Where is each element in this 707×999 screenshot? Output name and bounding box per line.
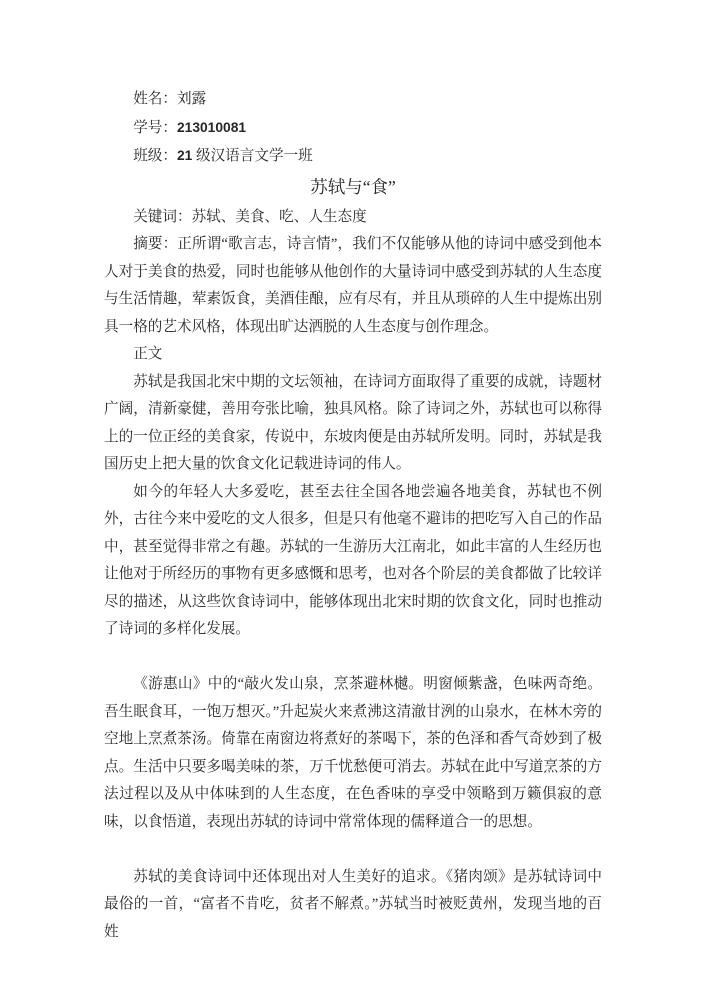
paragraph-2: 如今的年轻人大多爱吃，甚至去往全国各地尝遍各地美食，苏轼也不例外，古往今来中爱吃… — [104, 479, 602, 644]
student-id-line: 学号：213010081 — [104, 114, 602, 143]
name-value: 刘露 — [177, 91, 206, 107]
class-line: 班级：21 级汉语言文学一班 — [104, 142, 602, 171]
class-text: 级汉语言文学一班 — [192, 148, 312, 164]
student-id-label: 学号： — [133, 120, 177, 136]
body-section-label: 正文 — [104, 341, 602, 369]
paragraph-1: 苏轼是我国北宋中期的文坛领袖，在诗词方面取得了重要的成就，诗题材广阔，清新豪健，… — [104, 369, 602, 479]
class-label: 班级： — [133, 148, 177, 164]
document-body: 姓名：刘露 学号：213010081 班级：21 级汉语言文学一班 苏轼与“食”… — [104, 86, 602, 946]
name-label: 姓名： — [133, 91, 177, 107]
class-number: 21 — [177, 148, 192, 163]
document-page: 姓名：刘露 学号：213010081 班级：21 级汉语言文学一班 苏轼与“食”… — [0, 0, 707, 999]
name-line: 姓名：刘露 — [104, 86, 602, 114]
blank-line-spacer — [104, 644, 602, 672]
abstract-paragraph: 摘要：正所谓“歌言志，诗言情”，我们不仅能够从他的诗词中感受到他本人对于美食的热… — [104, 231, 602, 341]
blank-line-spacer — [104, 836, 602, 864]
keywords-line: 关键词：苏轼、美食、吃、人生态度 — [104, 204, 602, 232]
student-id-value: 213010081 — [177, 120, 246, 135]
page-title: 苏轼与“食” — [104, 171, 602, 204]
paragraph-4: 苏轼的美食诗词中还体现出对人生美好的追求。《猪肉颂》是苏轼诗词中最俗的一首，“富… — [104, 864, 602, 947]
paragraph-3: 《游惠山》中的“敲火发山泉，烹茶避林樾。明窗倾紫盏，色味两奇绝。吾生眠食耳，一饱… — [104, 671, 602, 836]
